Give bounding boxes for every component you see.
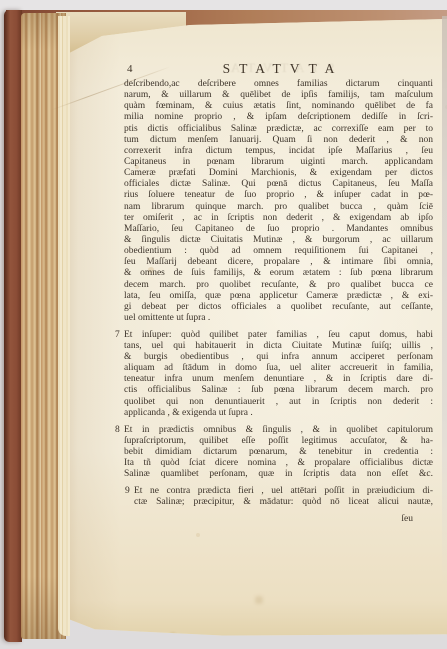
text-line: Et in prædictis omnibus & ſingulis , & i…	[124, 425, 433, 436]
text-line: Capitaneus in pœnam librarum uiginti mar…	[124, 157, 433, 168]
text-block: deſcribendo,ac deſcribere omnes familias…	[124, 79, 433, 525]
text-line: tum dictum menſem Ianuarij. Quam ſi non …	[124, 135, 433, 146]
text-line: & omnes de ſuis familijs, & eorum ætatem…	[124, 268, 433, 279]
paragraph-number: 8	[115, 425, 120, 436]
text-line: teneatur infra unum menſem denuntiare , …	[124, 374, 433, 385]
paragraph: 8Et in prædictis omnibus & ſingulis , & …	[124, 425, 433, 481]
text-line: milia nomine proprio , & ipſam deſcripti…	[124, 112, 433, 123]
text-line: decem march. pro quolibet recuſante, & p…	[124, 280, 433, 291]
text-line: ſupraſcriptorum, quilibet eſſe poſſit le…	[124, 436, 433, 447]
text-line: Ita tñ quòd ſciat dicere nomina , & prop…	[124, 458, 433, 469]
text-line: lata, ſeu omiſſa, quæ pœna applicetur Ca…	[124, 291, 433, 302]
text-line: Maſſario, ſeu Capitaneo de ſuo proprio .…	[124, 224, 433, 235]
text-line: Cameræ præfati Domini Marchionis, & exig…	[124, 168, 433, 179]
text-line: quolibet qui non denuntiauerit , aut in …	[124, 397, 433, 408]
text-line: quàm fœminam, & cuius ætatis ſint, nomin…	[124, 101, 433, 112]
text-line: bebit dimidiam dictarum pœnarum, & teneb…	[124, 447, 433, 458]
text-line: Salinæ quamlibet perſonam, quæ in ſcript…	[124, 469, 433, 480]
text-line: ctæ Salinæ; præcipitur, & mādatur: quòd …	[134, 497, 433, 508]
text-line: ter omiſerit , ac in ſcriptis non dederi…	[124, 213, 433, 224]
text-line: nam librarum quinque march. pro qualibet…	[124, 202, 433, 213]
text-line: uel omittente ut ſupra .	[124, 313, 433, 324]
text-line: ſeu Maſſarij debeant dicere, propalare ,…	[124, 257, 433, 268]
text-line: correxerit infra dictum tempus, incidat …	[124, 146, 433, 157]
book-photo: STATVTA 4 STATVTA deſcribendo,ac deſcrib…	[0, 0, 447, 649]
book-cover-spine	[4, 10, 22, 642]
text-line: obedientium : quòd ad omnem requiſitione…	[124, 246, 433, 257]
paragraph: 7Et inſuper: quòd quilibet pater familia…	[124, 330, 433, 419]
text-line: & ſingulis dictæ Ciuitatis Mutinæ , & bu…	[124, 235, 433, 246]
text-line: ptis dictis officialibus Salinæ prædictæ…	[124, 124, 433, 135]
catchword: ſeu	[124, 514, 433, 525]
paragraph: 9Et ne contra prædicta fieri , uel attēt…	[134, 486, 433, 508]
text-line: Et inſuper: quòd quilibet pater familias…	[124, 330, 433, 341]
paragraph-number: 9	[125, 486, 130, 497]
page-right-edge-shadow	[442, 16, 447, 586]
running-title: STATVTA	[124, 61, 433, 77]
text-line: tans, uel qui habitauerit in dicta Ciuit…	[124, 341, 433, 352]
page-fore-edge-inner	[58, 16, 70, 636]
text-line: deſcribendo,ac deſcribere omnes familias…	[124, 79, 433, 90]
text-line: narum, & uillarum & quēlibet de ipſis fa…	[124, 90, 433, 101]
page-header: 4 STATVTA	[124, 61, 433, 76]
paragraph: deſcribendo,ac deſcribere omnes familias…	[124, 79, 433, 324]
text-line: applicanda , & exigenda ut ſupra .	[124, 408, 433, 419]
text-line: Et ne contra prædicta fieri , uel attēta…	[134, 486, 433, 497]
text-line: gi debeat per dictos officiales a quolib…	[124, 302, 433, 313]
paragraph-number: 7	[115, 330, 120, 341]
text-line: rius ſoluere teneatur de ſuo proprio , &…	[124, 190, 433, 201]
text-line: aliquam ad ſtādum in domo ſua, uel alite…	[124, 363, 433, 374]
text-line: officiales dictæ Salinæ. Qui pœnā dictus…	[124, 179, 433, 190]
text-line: ctis officialibus Salinæ : ſub pœna libr…	[124, 385, 433, 396]
text-line: & burgis obedientibus , qui infra annum …	[124, 352, 433, 363]
